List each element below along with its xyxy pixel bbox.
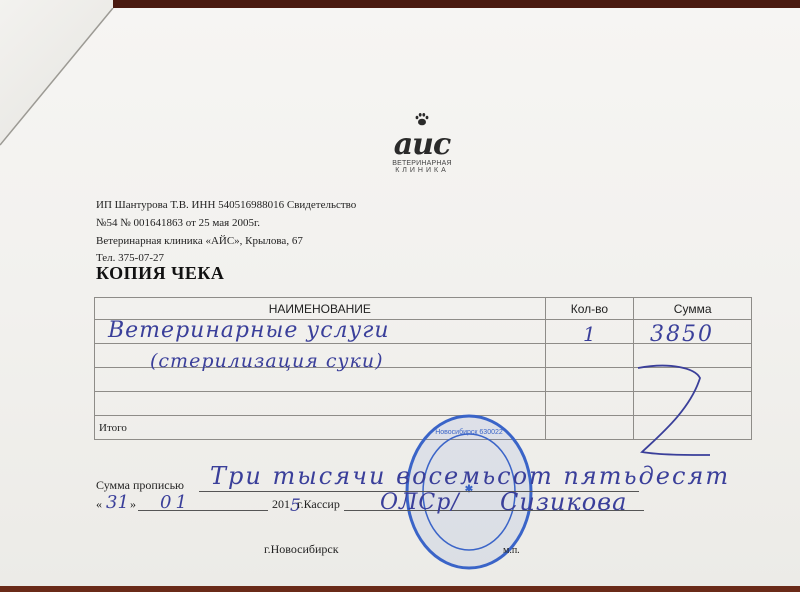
header-line-2: №54 № 001641863 от 25 мая 2005г.	[96, 217, 260, 229]
item-name-line-2: (стерилизация суки)	[150, 350, 384, 372]
header-line-3: Ветеринарная клиника «АЙС», Крылова, 67	[96, 235, 303, 247]
z-strike-mark	[630, 360, 720, 460]
amount-words-value: Три тысячи восемьсот пятьдесят	[210, 462, 730, 490]
logo-subtitle-1: ВЕТЕРИНАРНАЯ	[392, 160, 452, 167]
clinic-logo: аис ВЕТЕРИНАРНАЯ КЛИНИКА	[392, 112, 452, 174]
date-open-quote: «	[96, 497, 102, 512]
cashier-name: Сизикова	[500, 488, 627, 516]
item-sum: 3850	[650, 322, 714, 347]
amount-words-label: Сумма прописью	[96, 478, 184, 493]
header-line-1: ИП Шантурова Т.В. ИНН 540516988016 Свиде…	[96, 199, 356, 211]
background-bottom	[0, 586, 800, 592]
cashier-signature: ОЛСр/	[380, 490, 460, 515]
year-label: 201	[272, 497, 290, 512]
date-close-quote: »	[130, 497, 136, 512]
item-name-line-1: Ветеринарные услуги	[108, 318, 390, 343]
date-month: 01	[160, 492, 191, 513]
logo-subtitle-2: КЛИНИКА	[392, 167, 452, 174]
date-month-underline	[138, 510, 268, 511]
date-day: 31	[106, 492, 129, 513]
column-header-qty: Кол-во	[545, 298, 634, 320]
item-qty: 1	[583, 322, 596, 346]
paw-icon	[414, 112, 430, 126]
column-header-sum: Сумма	[634, 298, 752, 320]
table-header-row: НАИМЕНОВАНИЕ Кол-во Сумма	[95, 298, 752, 320]
page-title: КОПИЯ ЧЕКА	[96, 263, 224, 284]
city-label: г.Новосибирск	[264, 542, 339, 557]
column-header-name: НАИМЕНОВАНИЕ	[95, 298, 546, 320]
seal-label: м.п.	[503, 545, 520, 556]
stamp-text: Новосибирск 630022	[435, 428, 503, 436]
logo-name: аис	[392, 130, 452, 160]
cashier-label: г.Кассир	[297, 497, 340, 512]
